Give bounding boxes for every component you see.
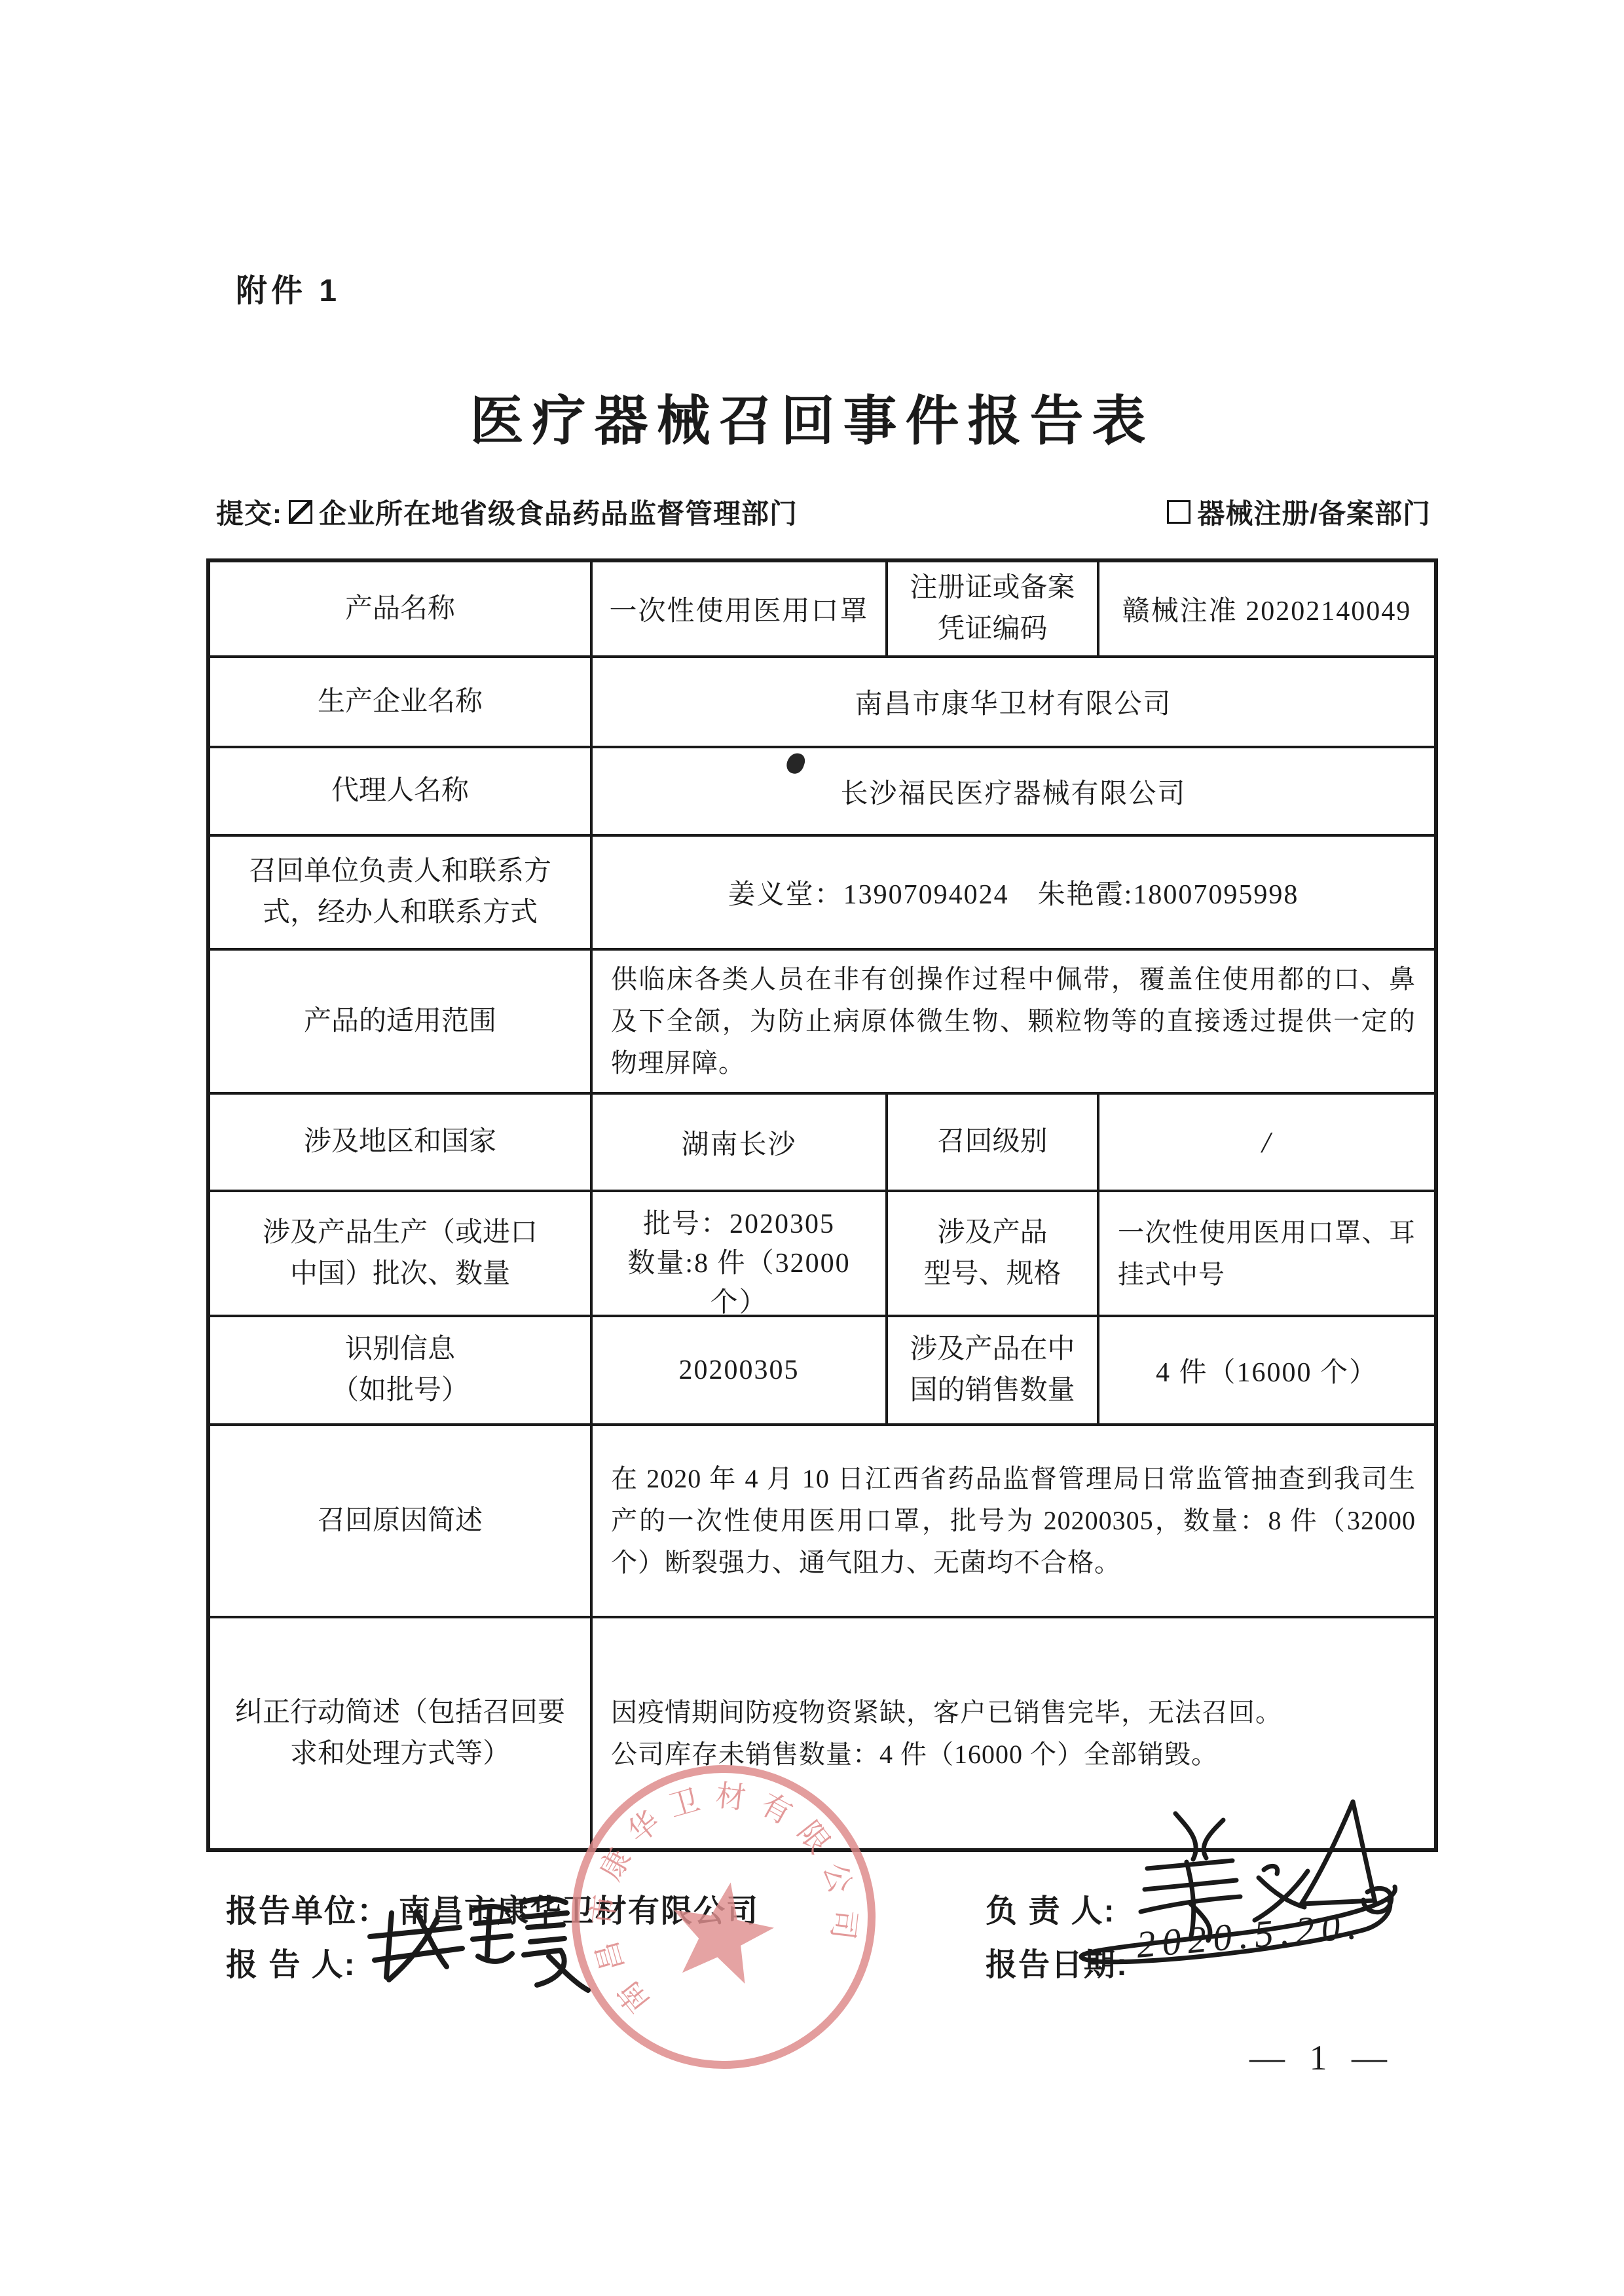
batch-number: 批号：2020305 (602, 1202, 876, 1241)
report-unit-label: 报告单位： (226, 1894, 390, 1929)
product-name-label: 产品名称 (208, 560, 591, 657)
region-label: 涉及地区和国家 (208, 1093, 591, 1191)
contacts-value: 姜义堂：13907094024 朱艳霞:18007095998 (591, 835, 1436, 949)
recall-report-table: 产品名称 一次性使用医用口罩 注册证或备案 凭证编码 赣械注准 20202140… (206, 558, 1438, 1852)
table-row: 生产企业名称 南昌市康华卫材有限公司 (208, 657, 1436, 747)
model-label: 涉及产品 型号、规格 (887, 1191, 1098, 1316)
batch-stack: 批号：2020305 数量:8 件（32000 个） (602, 1198, 876, 1309)
submit-option-registry-label: 器械注册/备案部门 (1197, 492, 1431, 532)
recall-level-value: / (1098, 1093, 1436, 1191)
table-row: 识别信息 （如批号） 20200305 涉及产品在中 国的销售数量 4 件（16… (208, 1316, 1436, 1425)
report-date-label: 报告日期: (986, 1939, 1128, 1984)
table-row: 召回原因简述 在 2020 年 4 月 10 日江西省药品监督管理局日常监管抽查… (208, 1425, 1436, 1617)
identification-label: 识别信息 （如批号） (208, 1316, 591, 1425)
report-unit-line: 报告单位：南昌市康华卫材有限公司 (226, 1886, 759, 1931)
submit-line: 提交: 企业所在地省级食品药品监督管理部门 器械注册/备案部门 (216, 492, 1431, 532)
responsible-person-label: 负 责 人: (986, 1886, 1116, 1931)
checkbox-checked-icon (289, 500, 312, 524)
product-name-value: 一次性使用医用口罩 (591, 560, 887, 657)
scope-label: 产品的适用范围 (208, 949, 591, 1093)
submit-prefix: 提交: (216, 492, 282, 532)
recall-level-label: 召回级别 (887, 1093, 1098, 1191)
model-value: 一次性使用医用口罩、耳挂式中号 (1098, 1191, 1436, 1316)
table-row: 产品名称 一次性使用医用口罩 注册证或备案 凭证编码 赣械注准 20202140… (208, 560, 1436, 657)
sales-quantity-label: 涉及产品在中 国的销售数量 (887, 1316, 1098, 1425)
reason-value: 在 2020 年 4 月 10 日江西省药品监督管理局日常监管抽查到我司生产的一… (591, 1425, 1436, 1617)
manufacturer-value: 南昌市康华卫材有限公司 (591, 657, 1436, 747)
reporter-label: 报 告 人: (226, 1939, 356, 1984)
agent-label: 代理人名称 (208, 747, 591, 835)
action-value: 因疫情期间防疫物资紧缺，客户已销售完毕，无法召回。 公司库存未销售数量：4 件（… (591, 1617, 1436, 1850)
table-row: 纠正行动简述（包括召回要 求和处理方式等） 因疫情期间防疫物资紧缺，客户已销售完… (208, 1617, 1436, 1850)
registration-value: 赣械注准 20202140049 (1098, 560, 1436, 657)
sales-quantity-value: 4 件（16000 个） (1098, 1316, 1436, 1425)
batch-quantity: 数量:8 件（32000 个） (602, 1241, 876, 1320)
action-label: 纠正行动简述（包括召回要 求和处理方式等） (208, 1617, 591, 1850)
batch-label: 涉及产品生产（或进口 中国）批次、数量 (208, 1191, 591, 1316)
submit-option-company: 提交: 企业所在地省级食品药品监督管理部门 (216, 492, 798, 532)
table-row: 代理人名称 长沙福民医疗器械有限公司 (208, 747, 1436, 835)
page-title: 医疗器械召回事件报告表 (0, 378, 1624, 455)
table-row: 涉及产品生产（或进口 中国）批次、数量 批号：2020305 数量:8 件（32… (208, 1191, 1436, 1316)
submit-option-company-label: 企业所在地省级食品药品监督管理部门 (319, 492, 798, 532)
report-unit-value: 南昌市康华卫材有限公司 (399, 1894, 759, 1929)
batch-value: 批号：2020305 数量:8 件（32000 个） (591, 1191, 887, 1316)
checkbox-empty-icon (1167, 500, 1190, 524)
submit-option-registry: 器械注册/备案部门 (1167, 492, 1431, 532)
attachment-label: 附件 1 (236, 265, 341, 310)
manufacturer-label: 生产企业名称 (208, 657, 591, 747)
registration-label: 注册证或备案 凭证编码 (887, 560, 1098, 657)
region-value: 湖南长沙 (591, 1093, 887, 1191)
page-number: — 1 — (1249, 2037, 1395, 2078)
table-row: 涉及地区和国家 湖南长沙 召回级别 / (208, 1093, 1436, 1191)
agent-value: 长沙福民医疗器械有限公司 (591, 747, 1436, 835)
reason-label: 召回原因简述 (208, 1425, 591, 1617)
scanned-document-page: 附件 1 医疗器械召回事件报告表 提交: 企业所在地省级食品药品监督管理部门 器… (0, 0, 1624, 2296)
handwritten-date: 2020.5.20. (1135, 1903, 1365, 1967)
identification-value: 20200305 (591, 1316, 887, 1425)
table-row: 召回单位负责人和联系方 式，经办人和联系方式 姜义堂：13907094024 朱… (208, 835, 1436, 949)
table-row: 产品的适用范围 供临床各类人员在非有创操作过程中佩带，覆盖住使用都的口、鼻及下全… (208, 949, 1436, 1093)
scope-value: 供临床各类人员在非有创操作过程中佩带，覆盖住使用都的口、鼻及下全颌，为防止病原体… (591, 949, 1436, 1093)
contacts-label: 召回单位负责人和联系方 式，经办人和联系方式 (208, 835, 591, 949)
